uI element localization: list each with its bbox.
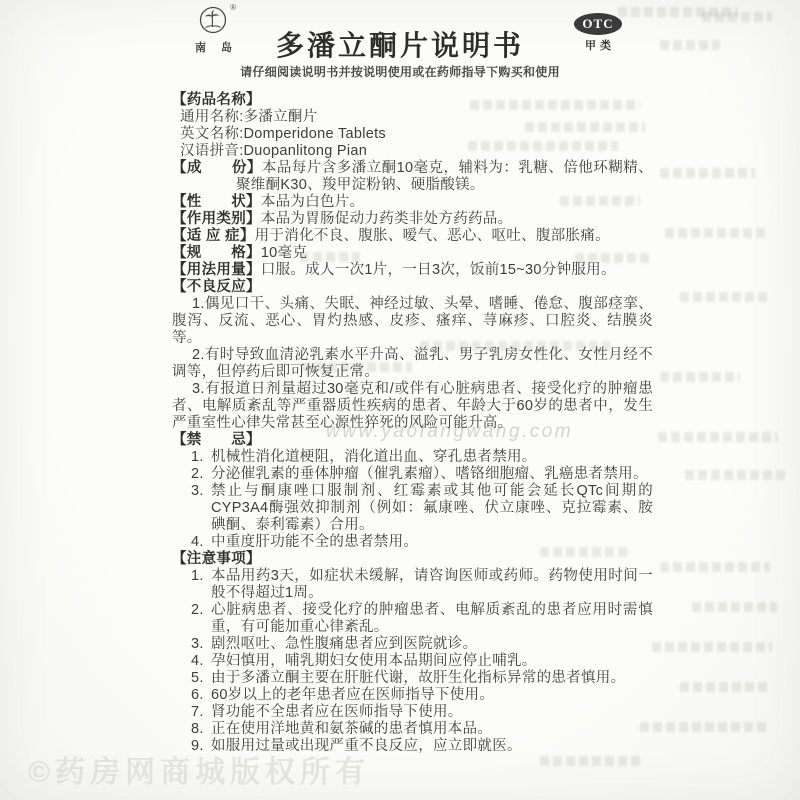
list-item: 5.由于多潘立酮主要在肝脏代谢，故肝生化指标异常的患者慎用。 (172, 670, 653, 687)
ghost-text-line (692, 602, 777, 612)
section-drug-name: 【药品名称】通用名称:多潘立酮片英文名称:Domperidone Tablets… (172, 92, 653, 160)
ghost-text-line (665, 228, 765, 238)
list-item-text: 机械性消化道梗阻，消化道出血、穿孔患者禁用。 (211, 449, 537, 465)
list-item-number: 7. (191, 704, 204, 721)
section-adverse-reactions: 【不良反应】1.偶见口干、头痛、失眠、神经过敏、头晕、嗜睡、倦怠、腹部痉挛、腹泻… (172, 279, 653, 432)
otc-badge: OTC 甲类 (572, 13, 624, 53)
ghost-text-line (652, 642, 772, 652)
ghost-text-line (640, 722, 770, 732)
ghost-text-line (680, 292, 770, 302)
list-item-number: 3. (191, 636, 204, 653)
list-item-number: 5. (191, 670, 204, 687)
list-item: 1.本品用药3天，如症状未缓解，请咨询医师或药师。药物使用时间一般不得超过1周。 (172, 568, 653, 602)
section-line: 英文名称:Domperidone Tablets (172, 126, 653, 143)
section-label: 【用法用量】 (172, 262, 261, 278)
list-item-text: 孕妇慎用，哺乳期妇女使用本品期间应停止哺乳。 (211, 653, 537, 669)
list-item-text: 60岁以上的老年患者应在医师指导下使用。 (211, 687, 494, 703)
list-item-number: 4. (191, 534, 204, 551)
section-label: 【注意事项】 (172, 551, 653, 568)
ghost-text-line (660, 372, 740, 382)
list-item: 4.中重度肝功能不全的患者禁用。 (172, 534, 653, 551)
section-text: 本品为胃肠促动力药类非处方药药品。 (261, 211, 513, 227)
list-item-text: 中重度肝功能不全的患者禁用。 (211, 534, 418, 550)
ghost-text-line (702, 12, 772, 22)
section-action-category: 【作用类别】本品为胃肠促动力药类非处方药药品。 (172, 211, 653, 228)
otc-category: 甲类 (576, 37, 624, 53)
list-item: 3.禁止与酮康唑口服制剂、红霉素或其他可能会延长QTc间期的CYP3A4酶强效抑… (172, 483, 653, 534)
section-text: 口服。成人一次1片，一日3次，饭前15~30分钟服用。 (261, 262, 616, 278)
section-text: 用于消化不良、腹胀、嗳气、恶心、呕吐、腹部胀痛。 (255, 228, 610, 244)
section-contraindications: 【禁 忌】1.机械性消化道梗阻，消化道出血、穿孔患者禁用。2.分泌催乳素的垂体肿… (172, 432, 653, 551)
list-item: 6.60岁以上的老年患者应在医师指导下使用。 (172, 687, 653, 704)
section-text: 10毫克 (261, 245, 307, 261)
section-dosage: 【用法用量】口服。成人一次1片，一日3次，饭前15~30分钟服用。 (172, 262, 653, 279)
leaflet-subtitle: 请仔细阅读说明书并按说明使用或在药师指导下购买和使用 (0, 63, 800, 80)
section-label: 【适 应 症】 (172, 228, 255, 244)
section-line: 汉语拼音:Duopanlitong Pian (172, 143, 653, 160)
list-item-text: 如服用过量或出现严重不良反应，应立即就医。 (211, 738, 522, 754)
list-item-number: 6. (191, 687, 204, 704)
list-item: 8.正在使用洋地黄和氨茶碱的患者慎用本品。 (172, 721, 653, 738)
section-specification: 【规 格】10毫克 (172, 245, 653, 262)
list-item-number: 1. (191, 449, 204, 466)
list-item-number: 2. (191, 466, 204, 483)
section-paragraph: 【性 状】本品为白色片。 (172, 194, 653, 211)
ghost-text-line (660, 562, 770, 572)
page-title: 多潘立酮片说明书 (0, 24, 800, 64)
list-item-number: 1. (191, 568, 204, 585)
section-description: 【性 状】本品为白色片。 (172, 194, 653, 211)
section-text: 本品为白色片。 (261, 194, 365, 210)
section-indications: 【适 应 症】用于消化不良、腹胀、嗳气、恶心、呕吐、腹部胀痛。 (172, 228, 653, 245)
section-label: 【成 份】 (172, 160, 262, 176)
list-item: 2.心脏病患者、接受化疗的肿瘤患者、电解质紊乱的患者应用时需慎重，有可能加重心律… (172, 602, 653, 636)
list-item: 3.剧烈呕吐、急性腹痛患者应到医院就诊。 (172, 636, 653, 653)
ghost-text-line (680, 682, 770, 692)
list-item: 1.偶见口干、头痛、失眠、神经过敏、头晕、嗜睡、倦怠、腹部痉挛、腹泻、反流、恶心… (172, 296, 653, 347)
section-label: 【性 状】 (172, 194, 261, 210)
section-paragraph: 【适 应 症】用于消化不良、腹胀、嗳气、恶心、呕吐、腹部胀痛。 (172, 228, 653, 245)
list-item: 3.有报道日剂量超过30毫克和/或伴有心脏病患者、接受化疗的肿瘤患者、电解质紊乱… (172, 381, 653, 432)
list-item: 9.如服用过量或出现严重不良反应，应立即就医。 (172, 738, 653, 755)
list-item: 1.机械性消化道梗阻，消化道出血、穿孔患者禁用。 (172, 449, 653, 466)
list-item-text: 肾功能不全患者应在医师指导下使用。 (211, 704, 463, 720)
ghost-text-line (660, 168, 755, 178)
list-item: 2.有时导致血清泌乳素水平升高、溢乳、男子乳房女性化、女性月经不调等，但停药后即… (172, 347, 653, 381)
list-item-number: 2. (191, 602, 204, 619)
section-label: 【作用类别】 (172, 211, 261, 227)
leaflet-body: 【药品名称】通用名称:多潘立酮片英文名称:Domperidone Tablets… (172, 92, 653, 755)
list-item-text: 正在使用洋地黄和氨茶碱的患者慎用本品。 (211, 721, 492, 737)
list-item-number: 9. (191, 738, 204, 755)
section-line: 通用名称:多潘立酮片 (172, 109, 653, 126)
list-item: 4.孕妇慎用，哺乳期妇女使用本品期间应停止哺乳。 (172, 653, 653, 670)
list-item: 7.肾功能不全患者应在医师指导下使用。 (172, 704, 653, 721)
list-item-text: 本品用药3天，如症状未缓解，请咨询医师或药师。药物使用时间一般不得超过1周。 (211, 568, 653, 601)
ghost-text-line (658, 432, 778, 442)
registered-trademark-mark: ® (230, 3, 236, 12)
ghost-text-line (540, 756, 640, 766)
section-paragraph: 【用法用量】口服。成人一次1片，一日3次，饭前15~30分钟服用。 (172, 262, 653, 279)
list-item-number: 3. (191, 483, 204, 500)
list-item-text: 剧烈呕吐、急性腹痛患者应到医院就诊。 (211, 636, 477, 652)
section-text: 本品每片含多潘立酮10毫克，辅料为：乳糖、倍他环糊精、聚维酮K30、羧甲淀粉钠、… (236, 160, 653, 193)
list-item-number: 8. (191, 721, 204, 738)
section-label: 【不良反应】 (172, 279, 653, 296)
ghost-text-line (685, 470, 785, 480)
list-item: 2.分泌催乳素的垂体肿瘤（催乳素瘤）、嗜铬细胞瘤、乳癌患者禁用。 (172, 466, 653, 483)
section-paragraph: 【规 格】10毫克 (172, 245, 653, 262)
section-label: 【药品名称】 (172, 92, 653, 109)
section-label: 【规 格】 (172, 245, 261, 261)
list-item-text: 分泌催乳素的垂体肿瘤（催乳素瘤）、嗜铬细胞瘤、乳癌患者禁用。 (211, 466, 648, 482)
section-precautions: 【注意事项】1.本品用药3天，如症状未缓解，请咨询医师或药师。药物使用时间一般不… (172, 551, 653, 755)
section-ingredients: 【成 份】本品每片含多潘立酮10毫克，辅料为：乳糖、倍他环糊精、聚维酮K30、羧… (172, 160, 653, 194)
list-item-text: 禁止与酮康唑口服制剂、红霉素或其他可能会延长QTc间期的CYP3A4酶强效抑制剂… (211, 483, 653, 533)
list-item-number: 4. (191, 653, 204, 670)
section-label: 【禁 忌】 (172, 432, 653, 449)
section-paragraph: 【作用类别】本品为胃肠促动力药类非处方药药品。 (172, 211, 653, 228)
section-paragraph: 【成 份】本品每片含多潘立酮10毫克，辅料为：乳糖、倍他环糊精、聚维酮K30、羧… (172, 160, 653, 194)
list-item-text: 心脏病患者、接受化疗的肿瘤患者、电解质紊乱的患者应用时需慎重，有可能加重心律紊乱… (211, 602, 653, 635)
leaflet-page: ® 南 岛 多潘立酮片说明书 OTC 甲类 请仔细阅读说明书并按说明使用或在药师… (0, 0, 800, 800)
list-item-text: 由于多潘立酮主要在肝脏代谢，故肝生化指标异常的患者慎用。 (211, 670, 625, 686)
otc-oval-icon: OTC (574, 13, 622, 35)
